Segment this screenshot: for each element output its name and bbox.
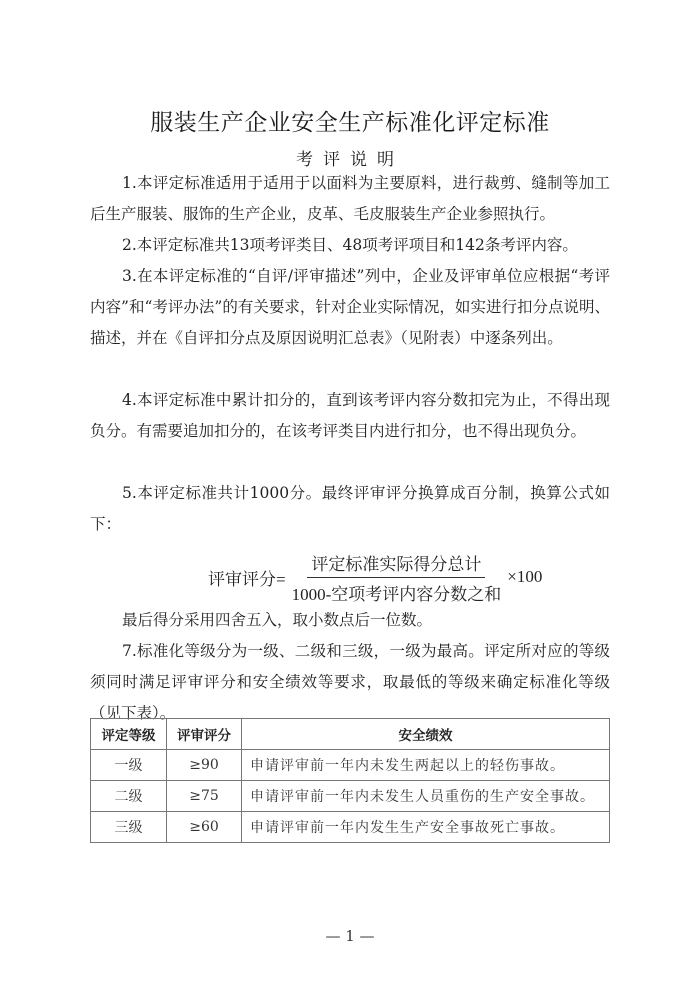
grade-table: 评定等级 评审评分 安全绩效 一级 ≥90 申请评审前一年内未发生两起以上的轻伤…: [90, 718, 610, 843]
formula-denominator: 1000-空项考评内容分数之和: [288, 578, 506, 605]
cell-score: ≥75: [167, 781, 242, 812]
paragraph-7: 7.标准化等级分为一级、二级和三级，一级为最高。评定所对应的等级须同时满足评审评…: [90, 636, 610, 729]
document-title: 服装生产企业安全生产标准化评定标准: [0, 104, 700, 137]
cell-safety: 申请评审前一年内未发生两起以上的轻伤事故。: [242, 750, 610, 781]
paragraph-1: 1.本评定标准适用于适用于以面料为主要原料，进行裁剪、缝制等加工后生产服装、服饰…: [90, 168, 610, 230]
paragraph-5: 5.本评定标准共计1000分。最终评审评分换算成百分制，换算公式如下：: [90, 478, 610, 540]
cell-grade: 一级: [91, 750, 167, 781]
table-row: 三级 ≥60 申请评审前一年内发生生产安全事故死亡事故。: [91, 812, 610, 843]
header-safety: 安全绩效: [242, 719, 610, 750]
paragraph-3: 3.在本评定标准的“自评/评审描述”列中，企业及评审单位应根据“考评内容”和“考…: [90, 261, 610, 354]
cell-score: ≥60: [167, 812, 242, 843]
cell-grade: 二级: [91, 781, 167, 812]
document-subtitle: 考评说明: [0, 145, 700, 170]
formula-multiplier: ×100: [507, 567, 542, 587]
formula-numerator: 评定标准实际得分总计: [307, 550, 485, 578]
cell-safety: 申请评审前一年内未发生人员重伤的生产安全事故。: [242, 781, 610, 812]
formula-fraction: 评定标准实际得分总计 1000-空项考评内容分数之和: [288, 550, 506, 605]
table-row: 一级 ≥90 申请评审前一年内未发生两起以上的轻伤事故。: [91, 750, 610, 781]
paragraph-6: 最后得分采用四舍五入，取小数点后一位数。: [90, 605, 610, 636]
formula-lhs: 评审评分=: [208, 565, 286, 590]
score-formula: 评审评分= 评定标准实际得分总计 1000-空项考评内容分数之和 ×100: [208, 552, 542, 602]
paragraph-4: 4.本评定标准中累计扣分的，直到该考评内容分数扣完为止，不得出现负分。有需要追加…: [90, 385, 610, 447]
header-score: 评审评分: [167, 719, 242, 750]
table-header-row: 评定等级 评审评分 安全绩效: [91, 719, 610, 750]
header-grade: 评定等级: [91, 719, 167, 750]
cell-score: ≥90: [167, 750, 242, 781]
cell-safety: 申请评审前一年内发生生产安全事故死亡事故。: [242, 812, 610, 843]
table-row: 二级 ≥75 申请评审前一年内未发生人员重伤的生产安全事故。: [91, 781, 610, 812]
cell-grade: 三级: [91, 812, 167, 843]
page-number: — 1 —: [0, 927, 700, 945]
paragraph-2: 2.本评定标准共13项考评类目、48项考评项目和142条考评内容。: [90, 230, 610, 261]
